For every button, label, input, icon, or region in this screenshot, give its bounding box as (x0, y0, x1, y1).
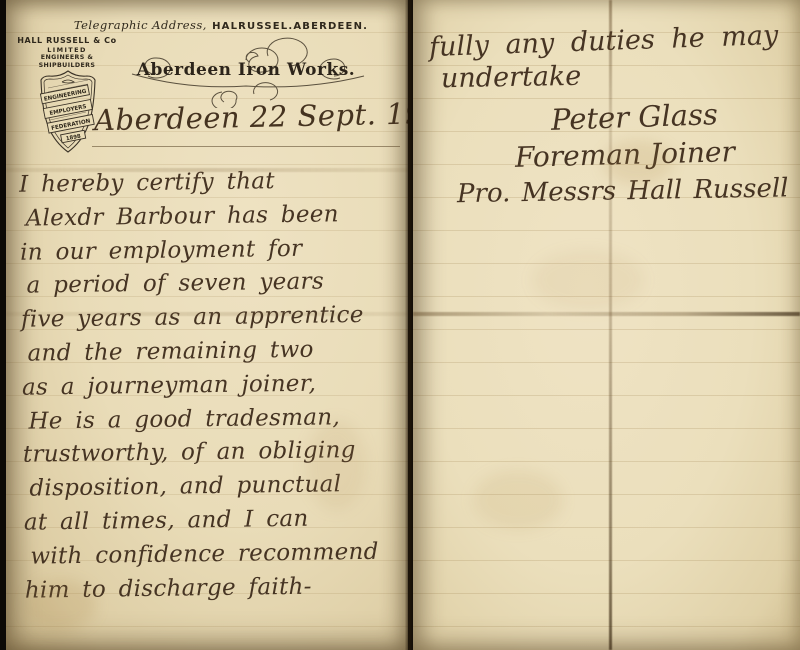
body-line: at all times, and I can (24, 501, 408, 540)
company-block: HALL RUSSELL & Co LIMITED ENGINEERS & SH… (12, 36, 122, 70)
dateline-handwritten: Aberdeen 22 Sept. 1911 (94, 97, 407, 138)
right-page: fully any duties he may undertake Peter … (413, 0, 800, 650)
age-stain (473, 470, 563, 530)
body-line: as a journeyman joiner, (22, 366, 408, 405)
body-line: five years as an apprentice (21, 299, 407, 338)
body-line: a period of seven years (26, 265, 406, 304)
body-line: with confidence recommend (30, 535, 408, 574)
age-stain (26, 580, 96, 630)
company-limited: LIMITED (12, 46, 122, 54)
works-title: Aberdeen Iron Works. (118, 60, 374, 80)
age-stain (603, 140, 673, 185)
scanned-letter: Telegraphic Address, HALRUSSEL.ABERDEEN.… (0, 0, 800, 650)
federation-shield-emblem: ENGINEERING EMPLOYERS FEDERATION 1898 (36, 68, 100, 160)
signature-name: Peter Glass (550, 97, 718, 137)
works-banner: Aberdeen Iron Works. (118, 30, 374, 108)
left-page: Telegraphic Address, HALRUSSEL.ABERDEEN.… (6, 0, 408, 650)
dateline-rule (92, 146, 400, 147)
age-stain (306, 420, 366, 510)
fold-crease-vertical (609, 0, 612, 650)
body-line: and the remaining two (27, 332, 407, 371)
letter-body: I hereby certify that Alexdr Barbour has… (19, 163, 408, 608)
body-line: in our employment for (20, 231, 406, 270)
body-line: Alexdr Barbour has been (25, 197, 405, 236)
fold-crease (6, 312, 408, 316)
age-stain (533, 250, 643, 310)
fold-crease (413, 312, 800, 316)
body-line-continued: undertake (441, 61, 582, 94)
body-line-continued: fully any duties he may (429, 20, 779, 63)
shield-icon: ENGINEERING EMPLOYERS FEDERATION 1898 (36, 68, 100, 156)
company-name: HALL RUSSELL & Co (12, 36, 122, 46)
fold-crease (6, 168, 408, 172)
